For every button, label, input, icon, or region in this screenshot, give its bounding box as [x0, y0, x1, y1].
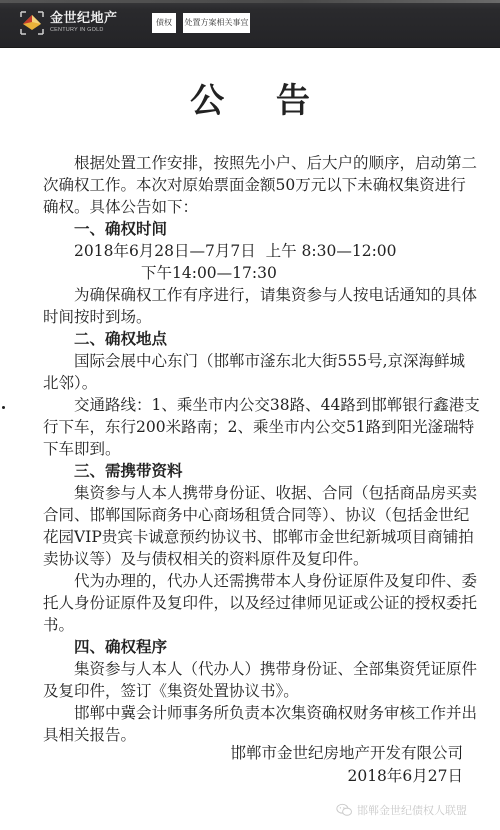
header-top-strip — [0, 0, 500, 3]
wechat-icon — [336, 803, 353, 817]
paragraph: 集资参与人本人（代办人）携带身份证、全部集资凭证原件及复印件，签订《集资处置协议… — [43, 658, 480, 702]
section-heading-location: 二、确权地点 — [43, 328, 480, 350]
section-heading-procedure: 四、确权程序 — [43, 636, 480, 658]
paragraph: 邯郸中冀会计师事务所负责本次集资确权财务审核工作并出具相关报告。 — [43, 702, 480, 746]
paragraph: 集资参与人本人携带身份证、收据、合同（包括商品房买卖合同、邯郸国际商务中心商场租… — [43, 482, 480, 570]
watermark-text: 邯郸金世纪债权人联盟 — [357, 802, 467, 818]
notice-title: 公 告 — [0, 73, 500, 122]
notice-body: 根据处置工作安排，按照先小户、后大户的顺序，启动第二次确权工作。本次对原始票面金… — [43, 152, 480, 746]
paragraph: 为确保确权工作有序进行，请集资参与人按电话通知的具体时间按时到场。 — [43, 284, 480, 328]
intro-paragraph: 根据处置工作安排，按照先小户、后大户的顺序，启动第二次确权工作。本次对原始票面金… — [43, 152, 480, 218]
brand[interactable]: 金世纪地产 CENTURY IN GOLD — [50, 12, 118, 35]
signature-block: 邯郸市金世纪房地产开发有限公司 2018年6月27日 — [0, 742, 463, 788]
signature-company: 邯郸市金世纪房地产开发有限公司 — [0, 742, 463, 765]
section-heading-materials: 三、需携带资料 — [43, 460, 480, 482]
paragraph: 代为办理的，代办人还需携带本人身份证原件及复印件、委托人身份证原件及复印件，以及… — [43, 570, 480, 636]
watermark: 邯郸金世纪债权人联盟 — [336, 801, 467, 819]
time-morning: 2018年6月28日—7月7日 上午 8:30—12:00 — [43, 240, 480, 262]
paragraph: 国际会展中心东门（邯郸市滏东北大街555号,京深海鲜城北邻）。 — [43, 350, 480, 394]
time-afternoon: 下午14:00—17:30 — [43, 262, 480, 284]
brand-name-cn: 金世纪地产 — [50, 12, 118, 26]
brand-name-en: CENTURY IN GOLD — [50, 26, 118, 35]
nav-disposal-plan-button[interactable]: 处置方案相关事宜 — [183, 13, 250, 33]
century-in-gold-logo-icon[interactable] — [20, 11, 44, 35]
top-nav-bar: 金世纪地产 CENTURY IN GOLD 债权 处置方案相关事宜 — [0, 0, 500, 48]
bullet-dot — [2, 406, 5, 409]
paragraph: 交通路线：1、乘坐市内公交38路、44路到邯郸银行鑫港支行下车，东行200米路南… — [43, 394, 480, 460]
signature-date: 2018年6月27日 — [0, 765, 463, 788]
section-heading-time: 一、确权时间 — [43, 218, 480, 240]
nav-debt-button[interactable]: 债权 — [152, 13, 176, 33]
